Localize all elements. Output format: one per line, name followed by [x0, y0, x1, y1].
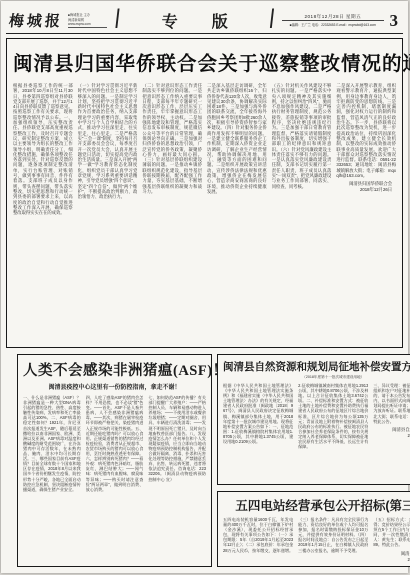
tender-column-3-text: （五）招标方式：公开竞价，价高者得；竞价结果经公示无异议后，中标人须在5个工作日…	[373, 517, 410, 547]
main-article-box: 闽清县归国华侨联合会关于巡察整改情况的通报 根据县委巡察工作的统一部署，2018…	[6, 38, 403, 348]
asf-columns: 一、什么是非洲猪瘟（ASF）？非洲猪瘟是一种大型DNA病毒引起的猪的急性、热性、…	[23, 395, 206, 563]
left-slash-rule: /	[115, 6, 119, 35]
page-header: 梅城报 ■梅城报社 主办 闽清新闻网 www.mqxw.com / 专版 / 2…	[6, 8, 403, 34]
main-article-columns: 根据县委巡察工作的统一部署，2018年10月8日至11月30日，县委第四巡察组对…	[13, 83, 396, 345]
land-notice-box: 闽清县自然资源和规划局征地补偿安置方案公告 （2018年度第十一批次城市建设用地…	[217, 354, 410, 485]
main-article-column-3: （二）针对意识形态工作责任制落实不够到位的问题。一是把意识形态工作纳入重要议事日…	[142, 83, 202, 345]
page-number: 3	[390, 11, 399, 31]
land-notice-column-2: 2.征收梅城镇城南村集体农用地1.2913公顷，其中耕地0.8706公顷，不涉及…	[298, 383, 368, 481]
main-article-column-6-text: 二是深入开展警示教育，组织观看警示教育片，通报典型案例，用身边事教育身边人，筑牢…	[336, 83, 396, 178]
asf-column-1: 一、什么是非洲猪瘟（ASF）？非洲猪瘟是一种大型DNA病毒引起的猪的急性、热性、…	[23, 395, 81, 563]
asf-article-box: 人类不会感染非洲猪瘟(ASF)！ 闽清县疫控中心这里有一份防控指南，拿走不谢！ …	[17, 354, 212, 567]
newspaper-page: 梅城报 ■梅城报社 主办 闽清新闻网 www.mqxw.com / 专版 / 2…	[1, 1, 408, 573]
tender-notice-box: 五四电站经营承包公开招标(第三次) 五四电站装机容量1600千瓦，年发电量约40…	[217, 491, 410, 567]
land-notice-column-3: 三、异议受理：被征地的农村集体经济组织和农户对征地补偿安置方案有异议的，请于本公…	[373, 383, 410, 481]
asf-column-3: 七、如何防范ASF的传播？有关部门提醒广大养殖户：——严格控制人员、车辆和易感动…	[148, 395, 206, 563]
main-article-column-5: （五）针对机关作风建设不够扎实的问题。一是严格落实中央八项规定精神及其实施细则，…	[272, 83, 332, 345]
land-notice-columns: 根据《中华人民共和国土地管理法》《中华人民共和国土地管理法实施条例》和《福建省实…	[223, 383, 410, 481]
main-article-sign-date: 2018年12月26日	[336, 187, 392, 193]
land-notice-signature: 闽清县自然资源和规划局 2018年12月28日	[373, 427, 410, 439]
tender-column-1: 五四电站装机容量1600千瓦，年发电量约400万千瓦时，位于白樟镇下炉村（金沙溪…	[223, 517, 293, 567]
date-block: 2018年12月28日 星期五 ■编辑：王广兰 电话：22332653 E-ma…	[282, 14, 383, 28]
right-slash-rule: /	[270, 6, 274, 35]
main-article-column-2: （一）针对学习贯彻习近平新时代中国特色社会主义思想不够深入的问题。一是制定学习计…	[78, 83, 138, 345]
masthead-logo: 梅城报	[8, 10, 64, 31]
main-article-column-4: 二是深入基层走访调研，全年共走访乡镇侨联组织16个、归侨侨眷代表120余人次，收…	[207, 83, 267, 345]
land-notice-column-1: 根据《中华人民共和国土地管理法》《中华人民共和国土地管理法实施条例》和《福建省实…	[223, 383, 293, 481]
land-notice-column-3-text: 三、异议受理：被征地的农村集体经济组织和农户对征地补偿安置方案有异议的，请于本公…	[373, 383, 410, 424]
tender-columns: 五四电站装机容量1600千瓦，年发电量约400万千瓦时，位于白樟镇下炉村（金沙溪…	[223, 517, 410, 567]
land-notice-subtitle: （2018年度第十一批次城市建设用地）	[223, 375, 410, 380]
section-title-wrap: / 专版 /	[107, 9, 282, 32]
bottom-section: 人类不会感染非洲猪瘟(ASF)！ 闽清县疫控中心这里有一份防控指南，拿走不谢！ …	[17, 354, 403, 567]
editor-line: ■编辑：王广兰 电话：22332653 E-mail：mqxwbd@163.co…	[282, 20, 383, 28]
asf-column-2: 四、人吃了感染ASF的猪肉会怎样？不用恐慌，也不必谈“猪”色变。——首先，ASF…	[86, 395, 144, 563]
tender-column-2: （三）报名条件：凡具有完全民事行为能力、资信良好的单位或个人均可报名参加，报名时…	[298, 517, 368, 567]
masthead-notes: ■梅城报社 主办 闽清新闻网 www.mqxw.com	[68, 13, 107, 28]
bottom-right-stack: 闽清县自然资源和规划局征地补偿安置方案公告 （2018年度第十一批次城市建设用地…	[217, 354, 410, 567]
tender-column-3: （五）招标方式：公开竞价，价高者得；竞价结果经公示无异议后，中标人须在5个工作日…	[373, 517, 410, 567]
tender-headline: 五四电站经营承包公开招标(第三次)	[223, 496, 410, 514]
main-article-headline: 闽清县归国华侨联合会关于巡察整改情况的通报	[13, 45, 396, 83]
main-article-signature: 闽清县归国华侨联合会 2018年12月26日	[336, 181, 396, 193]
main-article-column-1: 根据县委巡察工作的统一部署，2018年10月8日至11月30日，县委第四巡察组对…	[13, 83, 73, 345]
main-article-column-6: 二是深入开展警示教育，组织观看警示教育片，通报典型案例，用身边事教育身边人，筑牢…	[336, 83, 396, 345]
tender-signature: 闽清县白樟镇发电厂 2018年12月26日	[373, 551, 410, 563]
asf-subtitle: 闽清县疫控中心这里有一份防控指南，拿走不谢！	[23, 382, 206, 391]
tender-sign-date: 2018年12月26日	[373, 557, 410, 563]
asf-headline: 人类不会感染非洲猪瘟(ASF)！	[23, 359, 206, 380]
section-title: 专版	[128, 9, 262, 32]
masthead-note-2: 闽清新闻网 www.mqxw.com	[68, 18, 107, 28]
land-notice-sign-date: 2018年12月28日	[373, 433, 410, 439]
land-notice-headline: 闽清县自然资源和规划局征地补偿安置方案公告	[223, 359, 410, 374]
